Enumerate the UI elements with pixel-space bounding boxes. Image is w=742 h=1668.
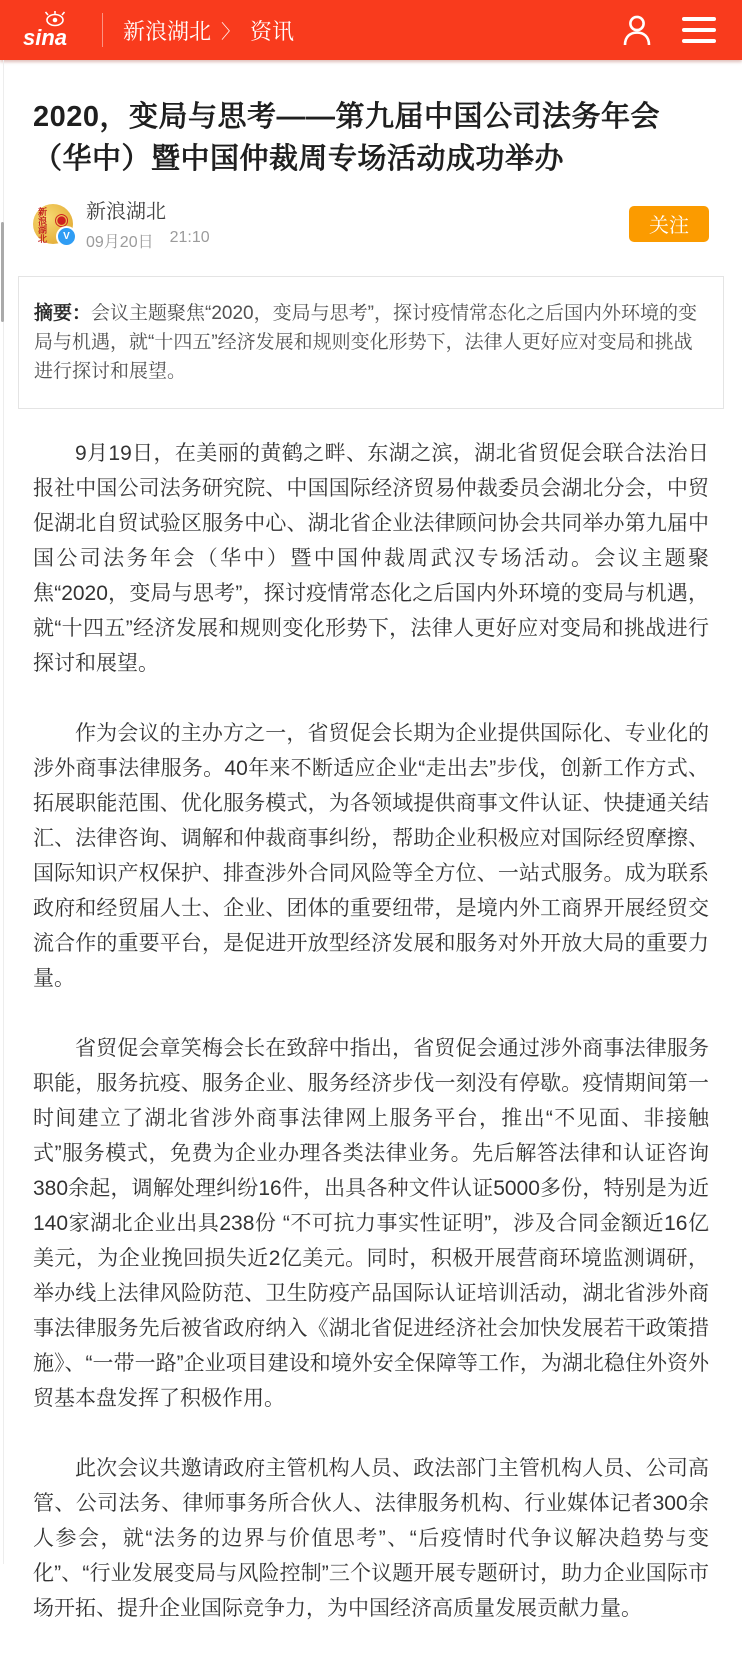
article-title: 2020，变局与思考——第九届中国公司法务年会（华中）暨中国仲裁周专场活动成功举… bbox=[33, 96, 709, 180]
paragraph: 此次会议共邀请政府主管机构人员、政法部门主管机构人员、公司高管、公司法务、律师事… bbox=[33, 1451, 709, 1626]
article-body: 9月19日，在美丽的黄鹤之畔、东湖之滨，湖北省贸促会联合法治日报社中国公司法务研… bbox=[33, 436, 709, 1668]
paragraph: 省贸促会章笑梅会长在致辞中指出，省贸促会通过涉外商事法律服务职能，服务抗疫、服务… bbox=[33, 1031, 709, 1416]
user-icon[interactable] bbox=[622, 14, 652, 47]
summary-box: 摘要：会议主题聚焦“2020，变局与思考”，探讨疫情常态化之后国内外环境的变局与… bbox=[18, 276, 724, 409]
summary-text: 会议主题聚焦“2020，变局与思考”，探讨疫情常态化之后国内外环境的变局与机遇，… bbox=[34, 303, 697, 382]
chevron-right-icon: 〉 bbox=[221, 17, 240, 44]
breadcrumb-site[interactable]: 新浪湖北 bbox=[123, 15, 211, 46]
header-divider bbox=[102, 13, 103, 47]
svg-text:sina: sina bbox=[23, 25, 67, 49]
sina-eye-small-icon: ◉ bbox=[54, 211, 69, 228]
sina-eye-icon: sina bbox=[22, 11, 86, 49]
paragraph: 9月19日，在美丽的黄鹤之畔、东湖之滨，湖北省贸促会联合法治日报社中国公司法务研… bbox=[33, 436, 709, 681]
follow-button[interactable]: 关注 bbox=[629, 206, 709, 242]
publish-time: 21:10 bbox=[170, 229, 210, 252]
avatar-label: 新浪湖北 bbox=[37, 207, 46, 243]
publish-datetime: 09月20日 21:10 bbox=[86, 229, 210, 252]
author-meta: 新浪湖北 09月20日 21:10 bbox=[86, 195, 210, 252]
menu-icon[interactable] bbox=[682, 17, 716, 43]
author-avatar[interactable]: 新浪湖北 ◉ V bbox=[33, 204, 73, 244]
article-content: 2020，变局与思考——第九届中国公司法务年会（华中）暨中国仲裁周专场活动成功举… bbox=[0, 96, 742, 1668]
publish-date: 09月20日 bbox=[86, 229, 154, 252]
top-header: sina 新浪湖北 〉 资讯 bbox=[0, 0, 742, 60]
verified-badge-icon: V bbox=[56, 226, 77, 247]
header-actions bbox=[622, 14, 716, 47]
sina-logo[interactable]: sina bbox=[22, 11, 86, 49]
paragraph: 作为会议的主办方之一，省贸促会长期为企业提供国际化、专业化的涉外商事法律服务。4… bbox=[33, 716, 709, 996]
summary-label: 摘要： bbox=[34, 303, 91, 324]
breadcrumb: 新浪湖北 〉 资讯 bbox=[123, 15, 294, 46]
author-name[interactable]: 新浪湖北 bbox=[86, 195, 210, 224]
scrollbar-thumb[interactable] bbox=[1, 222, 4, 322]
breadcrumb-section[interactable]: 资讯 bbox=[250, 15, 294, 46]
author-row: 新浪湖北 ◉ V 新浪湖北 09月20日 21:10 关注 bbox=[33, 195, 709, 252]
